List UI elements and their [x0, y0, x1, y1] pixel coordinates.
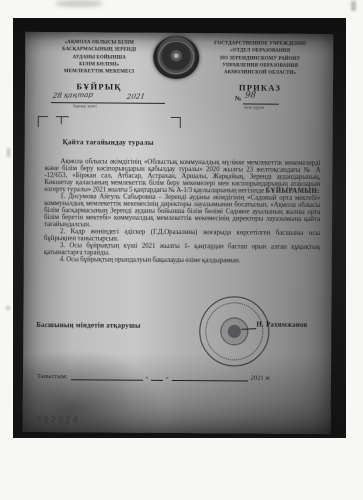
org-name-kazakh: «АҚМОЛА ОБЛЫСЫ БІЛІМ БАСҚАРМАСЫНЫҢ ЗЕРЕН…	[43, 39, 155, 92]
corner-mark-right	[171, 117, 181, 128]
scan-fleck-artifact	[7, 148, 10, 157]
doc-type-russian: ПРИКАЗ	[195, 82, 325, 93]
date-line	[51, 101, 165, 104]
number-sign: №	[235, 95, 242, 102]
scan-fleck-artifact	[6, 306, 10, 310]
order-preamble: Ақмола облысы әкімдігінің «Облыстық комм…	[44, 158, 320, 195]
official-round-seal-icon	[199, 296, 269, 366]
fill-in-line	[71, 373, 143, 381]
document-page: «АҚМОЛА ОБЛЫСЫ БІЛІМ БАСҚАРМАСЫНЫҢ ЗЕРЕН…	[23, 32, 334, 434]
doc-type-kazakh: БҰЙРЫҚ	[43, 81, 155, 92]
acknowledgement-label: Таныстым:	[37, 373, 68, 380]
order-item-4: 4. Осы бұйрықтың орындалуын бақылауды өз…	[44, 256, 320, 265]
corner-mark-center	[56, 116, 69, 127]
signature-position: Басшының міндетін атқарушы	[36, 322, 140, 330]
document-photo: «АҚМОЛА ОБЛЫСЫ БІЛІМ БАСҚАРМАСЫНЫҢ ЗЕРЕН…	[13, 18, 346, 438]
handwritten-date: 28 қаңтар	[52, 91, 93, 100]
org-name-russian: ГОСУДАРСТВЕННОЕ УЧРЕЖДЕНИЕ «ОТДЕЛ ОБРАЗО…	[195, 40, 325, 93]
acknowledgement-year: 2021 ж	[251, 375, 270, 382]
org-line: МЕМЛЕКЕТТІК МЕКЕМЕСІ	[43, 68, 155, 76]
acknowledgement-line: Таныстым: « » 2021 ж	[37, 373, 283, 382]
date-caption: Зеренді кенті	[73, 104, 97, 108]
scan-smudge-artifact	[55, 0, 103, 7]
fill-in-line	[172, 374, 248, 382]
kazakhstan-state-emblem-icon	[153, 36, 199, 79]
scanned-page: «АҚМОЛА ОБЛЫСЫ БІЛІМ БАСҚАРМАСЫНЫҢ ЗЕРЕН…	[0, 0, 363, 500]
handwritten-order-number: 98	[244, 90, 256, 100]
org-line: АКМОЛИНСКОЙ ОБЛАСТИ»	[195, 70, 325, 78]
corner-mark-left	[38, 116, 48, 127]
fill-in-line	[151, 374, 163, 381]
order-body: Ақмола облысы әкімдігінің «Облыстық комм…	[44, 158, 321, 265]
document-content: «АҚМОЛА ОБЛЫСЫ БІЛІМ БАСҚАРМАСЫНЫҢ ЗЕРЕН…	[23, 32, 334, 434]
handwritten-year: 2021	[126, 92, 145, 100]
number-caption: жеке құрам	[244, 105, 264, 109]
quote-open: «	[146, 376, 149, 381]
subject-title: Қайта тағайындау туралы	[63, 138, 154, 147]
form-number-stamp: 002924	[35, 415, 80, 426]
number-line	[243, 102, 279, 104]
quote-close: »	[166, 376, 169, 381]
order-item-1: 1. Досумова Айгуль Сабыровна – Зеренді а…	[44, 193, 320, 230]
scan-edge-artifact	[351, 1, 356, 11]
